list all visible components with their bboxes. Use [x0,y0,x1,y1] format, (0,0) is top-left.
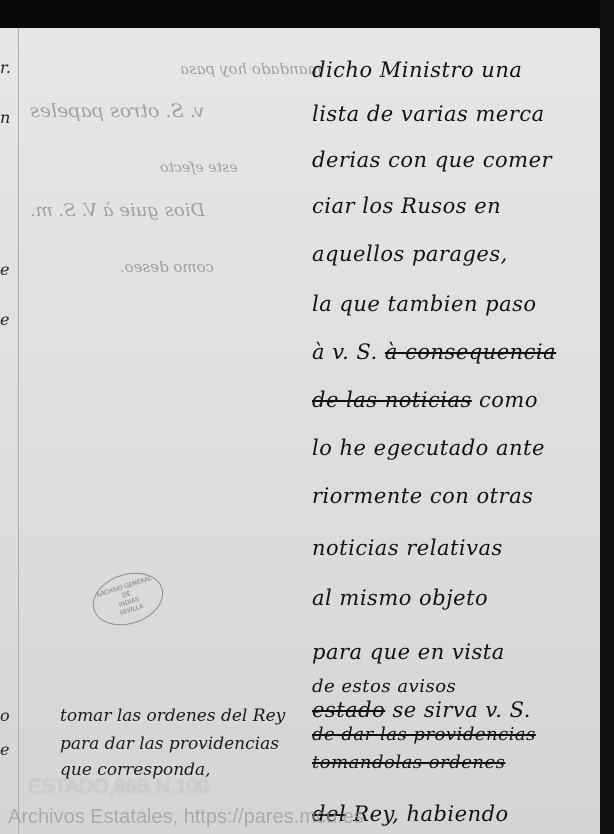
manuscript-line: de las noticias como [312,388,538,412]
margin-fragment: o [0,706,10,725]
manuscript-line: al mismo objeto [312,586,488,610]
manuscript-line: tomandolas ordenes [312,752,505,773]
manuscript-line: para que en vista [312,640,505,664]
manuscript-line: estado se sirva v. S. [312,698,531,722]
margin-fragment: n [0,108,10,127]
struck-text: de las noticias [312,388,472,412]
struck-text: à consequencia [385,340,556,364]
manuscript-line: de dar las providencias [312,724,536,745]
manuscript-line: dicho Ministro una [312,58,522,82]
left-column-note-line: tomar las ordenes del Rey [60,706,285,726]
bleed-through-line: como deseo. [120,258,214,276]
manuscript-line: lista de varias merca [312,102,545,126]
left-column-note-line: para dar las providencias [60,734,279,754]
reference-watermark: ESTADO,86B,N.100 [28,776,209,799]
margin-fragment: e [0,310,9,329]
struck-text: de dar las providencias [312,724,536,745]
manuscript-line: de estos avisos [312,676,456,697]
margin-fragment: e [0,740,9,759]
margin-fragment: e [0,260,9,279]
margin-fragment: r. [0,58,11,77]
struck-text: estado [312,698,385,722]
manuscript-line: riormente con otras [312,484,533,508]
bleed-through-line: Dios guie à V. S. m. [30,200,205,221]
page-fold-line [18,28,19,834]
manuscript-line: à v. S. à consequencia [312,340,556,364]
manuscript-line: la que tambien paso [312,292,537,316]
manuscript-line: ciar los Rusos en [312,194,501,218]
struck-text: tomandolas ordenes [312,752,505,773]
source-watermark: Archivos Estatales, https://pares.mcu.es [8,806,364,829]
manuscript-line: noticias relativas [312,536,503,560]
bleed-through-line: este efecto [160,160,237,176]
bleed-through-line: mandado hoy pasa [180,60,322,78]
manuscript-line: aquellos parages, [312,242,508,266]
bleed-through-line: v. S. otros papeles [30,100,204,122]
scan-border [600,0,614,834]
manuscript-line: lo he egecutado ante [312,436,545,460]
manuscript-line: derias con que comer [312,148,552,172]
